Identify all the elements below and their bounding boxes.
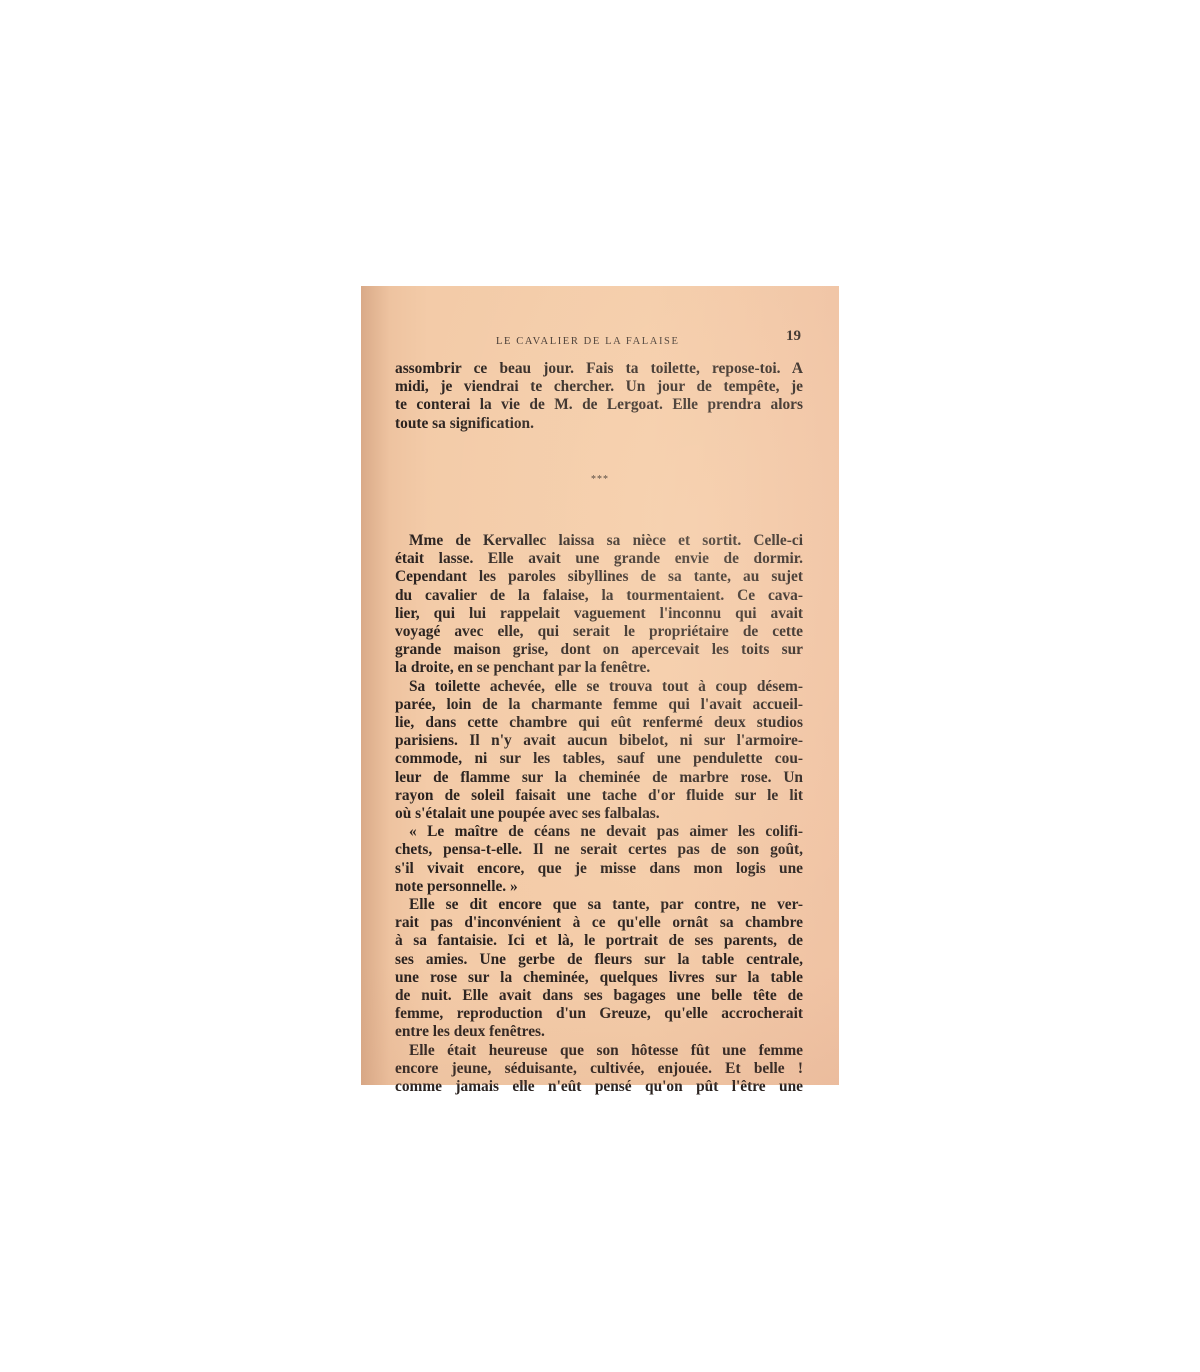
text-line: lie, dans cette chambre qui eût renfermé… <box>395 714 803 732</box>
body-text: Mme de Kervallec laissa sa nièce et sort… <box>395 532 803 1096</box>
text-line: parée, loin de la charmante femme qui l'… <box>395 696 803 714</box>
text-line: rait pas d'inconvénient à ce qu'elle orn… <box>395 914 803 932</box>
text-line: entre les deux fenêtres. <box>395 1023 803 1041</box>
paragraph: Mme de Kervallec laissa sa nièce et sort… <box>395 532 803 678</box>
text-line: Cependant les paroles sibyllines de sa t… <box>395 568 803 586</box>
text-line: comme jamais elle n'eût pensé qu'on pût … <box>395 1078 803 1096</box>
text-line: la droite, en se penchant par la fenêtre… <box>395 659 803 677</box>
text-line: chets, pensa-t-elle. Il ne serait certes… <box>395 841 803 859</box>
paragraph: Sa toilette achevée, elle se trouva tout… <box>395 678 803 824</box>
opening-paragraph: assombrir ce beau jour. Fais ta toilette… <box>395 360 803 433</box>
section-separator: *** <box>361 474 839 485</box>
text-line: Sa toilette achevée, elle se trouva tout… <box>395 678 803 696</box>
text-line: encore jeune, séduisante, cultivée, enjo… <box>395 1060 803 1078</box>
text-line: où s'étalait une poupée avec ses falbala… <box>395 805 803 823</box>
text-line: lier, qui lui rappelait vaguement l'inco… <box>395 605 803 623</box>
text-line: femme, reproduction d'un Greuze, qu'elle… <box>395 1005 803 1023</box>
paragraph: Elle était heureuse que son hôtesse fût … <box>395 1042 803 1097</box>
text-line: leur de flamme sur la cheminée de marbre… <box>395 769 803 787</box>
text-line: s'il vivait encore, que je misse dans mo… <box>395 860 803 878</box>
text-line: à sa fantaisie. Ici et là, le portrait d… <box>395 932 803 950</box>
paragraph: Elle se dit encore que sa tante, par con… <box>395 896 803 1042</box>
text-line: de nuit. Elle avait dans ses bagages une… <box>395 987 803 1005</box>
text-line: note personnelle. » <box>395 878 803 896</box>
paragraph: « Le maître de céans ne devait pas aimer… <box>395 823 803 896</box>
text-line: était lasse. Elle avait une grande envie… <box>395 550 803 568</box>
text-line: Mme de Kervallec laissa sa nièce et sort… <box>395 532 803 550</box>
text-line: voyagé avec elle, qui serait le propriét… <box>395 623 803 641</box>
text-line: Elle se dit encore que sa tante, par con… <box>395 896 803 914</box>
text-line: ses amies. Une gerbe de fleurs sur la ta… <box>395 951 803 969</box>
text-line: Elle était heureuse que son hôtesse fût … <box>395 1042 803 1060</box>
page-number: 19 <box>786 328 801 345</box>
running-head: LE CAVALIER DE LA FALAISE <box>496 336 680 347</box>
text-line: du cavalier de la falaise, la tourmentai… <box>395 587 803 605</box>
text-line: rayon de soleil faisait une tache d'or f… <box>395 787 803 805</box>
text-line: midi, je viendrai te chercher. Un jour d… <box>395 378 803 396</box>
text-line: te conterai la vie de M. de Lergoat. Ell… <box>395 396 803 414</box>
text-line: toute sa signification. <box>395 415 803 433</box>
text-line: commode, ni sur les tables, sauf une pen… <box>395 750 803 768</box>
text-line: assombrir ce beau jour. Fais ta toilette… <box>395 360 803 378</box>
text-line: « Le maître de céans ne devait pas aimer… <box>395 823 803 841</box>
text-line: parisiens. Il n'y avait aucun bibelot, n… <box>395 732 803 750</box>
book-page: LE CAVALIER DE LA FALAISE 19 assombrir c… <box>361 286 839 1085</box>
text-line: grande maison grise, dont on apercevait … <box>395 641 803 659</box>
text-line: une rose sur la cheminée, quelques livre… <box>395 969 803 987</box>
